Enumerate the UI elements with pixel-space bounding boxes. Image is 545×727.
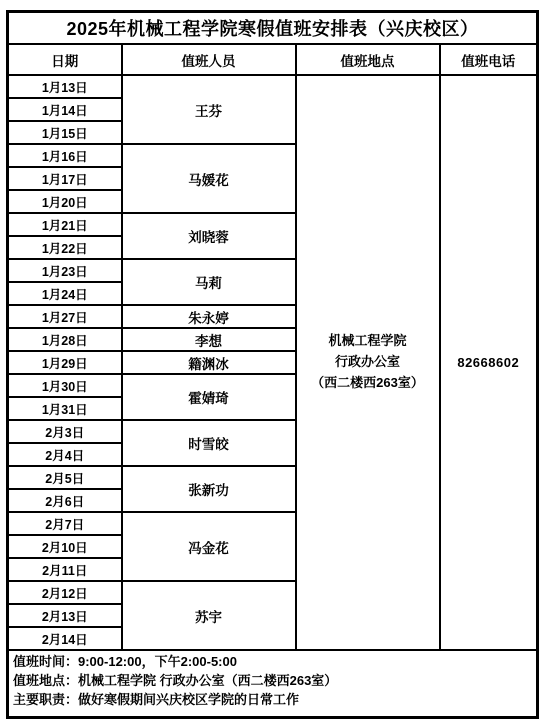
duty-schedule-page: 2025年机械工程学院寒假值班安排表（兴庆校区） 日期 值班人员 值班地点 值班… [0, 0, 545, 727]
table-notes: 值班时间：9:00-12:00，下午2:00-5:00 值班地点：机械工程学院 … [8, 650, 538, 717]
date-cell: 2月11日 [8, 558, 122, 581]
person-cell: 王芬 [122, 75, 296, 144]
person-cell: 张新功 [122, 466, 296, 512]
column-header-phone: 值班电话 [440, 44, 538, 75]
date-cell: 2月10日 [8, 535, 122, 558]
date-cell: 1月14日 [8, 98, 122, 121]
date-cell: 1月27日 [8, 305, 122, 328]
note-duty-location: 值班地点：机械工程学院 行政办公室（西二楼西263室） [13, 672, 532, 691]
date-cell: 2月4日 [8, 443, 122, 466]
person-cell: 朱永婷 [122, 305, 296, 328]
person-cell: 马莉 [122, 259, 296, 305]
person-cell: 刘晓蓉 [122, 213, 296, 259]
column-header-row: 日期 值班人员 值班地点 值班电话 [8, 44, 538, 75]
date-cell: 1月17日 [8, 167, 122, 190]
column-header-location: 值班地点 [296, 44, 440, 75]
date-cell: 1月31日 [8, 397, 122, 420]
date-cell: 1月29日 [8, 351, 122, 374]
title-row: 2025年机械工程学院寒假值班安排表（兴庆校区） [8, 12, 538, 45]
date-cell: 1月24日 [8, 282, 122, 305]
date-cell: 1月13日 [8, 75, 122, 98]
person-cell: 霍婧琦 [122, 374, 296, 420]
person-cell: 籍渊冰 [122, 351, 296, 374]
date-cell: 2月14日 [8, 627, 122, 650]
note-duty-responsibility: 主要职责：做好寒假期间兴庆校区学院的日常工作 [13, 691, 532, 710]
date-cell: 1月28日 [8, 328, 122, 351]
date-cell: 2月5日 [8, 466, 122, 489]
date-cell: 2月3日 [8, 420, 122, 443]
date-cell: 1月15日 [8, 121, 122, 144]
person-cell: 冯金花 [122, 512, 296, 581]
date-cell: 2月6日 [8, 489, 122, 512]
note-duty-time: 值班时间：9:00-12:00，下午2:00-5:00 [13, 653, 532, 672]
schedule-row: 1月13日王芬机械工程学院行政办公室（西二楼西263室）82668602 [8, 75, 538, 98]
date-cell: 2月7日 [8, 512, 122, 535]
date-cell: 2月12日 [8, 581, 122, 604]
person-cell: 苏宇 [122, 581, 296, 650]
location-cell: 机械工程学院行政办公室（西二楼西263室） [296, 75, 440, 650]
notes-row: 值班时间：9:00-12:00，下午2:00-5:00 值班地点：机械工程学院 … [8, 650, 538, 717]
schedule-body: 1月13日王芬机械工程学院行政办公室（西二楼西263室）826686021月14… [8, 75, 538, 650]
date-cell: 1月21日 [8, 213, 122, 236]
date-cell: 1月30日 [8, 374, 122, 397]
phone-cell: 82668602 [440, 75, 538, 650]
date-cell: 1月23日 [8, 259, 122, 282]
duty-schedule-table: 2025年机械工程学院寒假值班安排表（兴庆校区） 日期 值班人员 值班地点 值班… [6, 10, 539, 719]
page-title: 2025年机械工程学院寒假值班安排表（兴庆校区） [8, 12, 538, 45]
date-cell: 1月20日 [8, 190, 122, 213]
column-header-person: 值班人员 [122, 44, 296, 75]
person-cell: 马媛花 [122, 144, 296, 213]
column-header-date: 日期 [8, 44, 122, 75]
person-cell: 时雪皎 [122, 420, 296, 466]
date-cell: 1月22日 [8, 236, 122, 259]
person-cell: 李想 [122, 328, 296, 351]
date-cell: 1月16日 [8, 144, 122, 167]
date-cell: 2月13日 [8, 604, 122, 627]
